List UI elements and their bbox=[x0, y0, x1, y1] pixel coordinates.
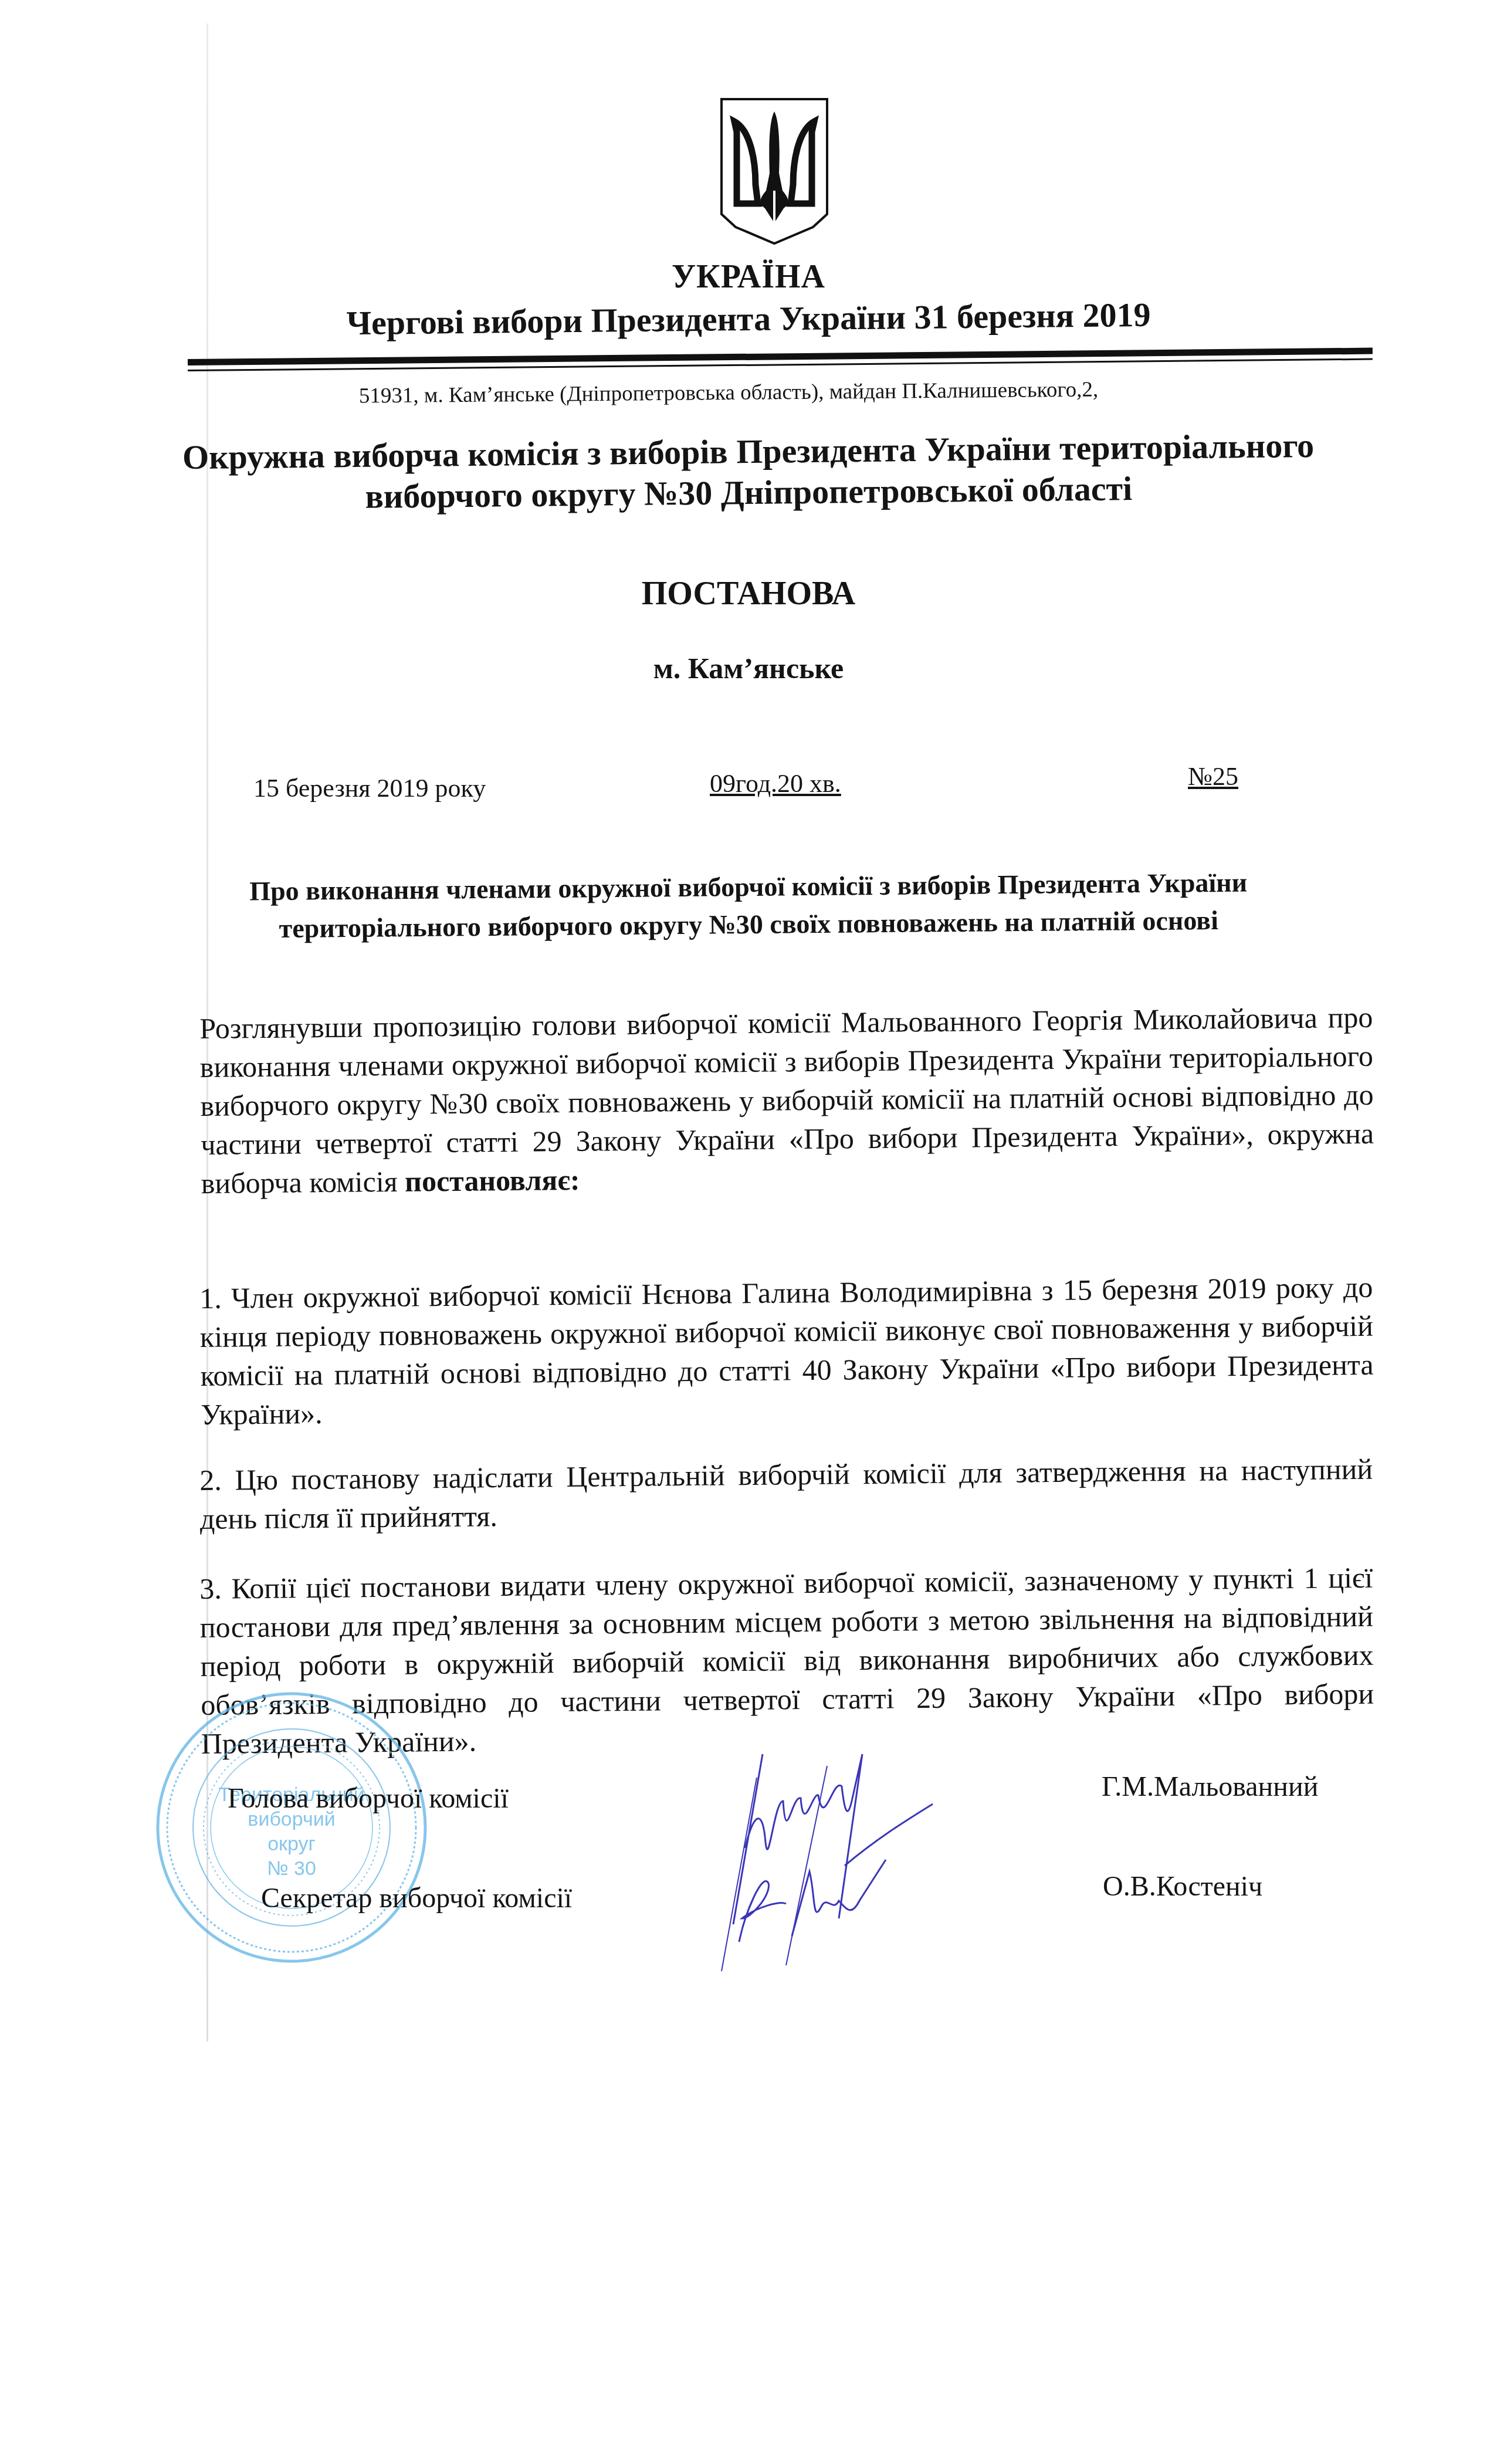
official-stamp-icon: Територіальний виборчий округ № 30 bbox=[154, 1690, 429, 1965]
svg-text:округ: округ bbox=[267, 1833, 316, 1855]
header-address: 51931, м. Кам’янське (Дніпропетровська о… bbox=[359, 377, 1098, 409]
document-time: 09год.20 хв. bbox=[710, 769, 841, 798]
coat-of-arms-icon bbox=[719, 97, 829, 246]
resolution-item-1: 1. Член окружної виборчої комісії Нєнова… bbox=[199, 1268, 1374, 1434]
document-date: 15 березня 2019 року bbox=[253, 773, 486, 803]
document-city: м. Кам’янське bbox=[0, 651, 1497, 685]
document-subject: Про виконання членами окружної виборчої … bbox=[0, 862, 1497, 950]
document-number: №25 bbox=[1188, 761, 1238, 791]
resolves-keyword: постановляє: bbox=[405, 1163, 580, 1198]
intro-text: Розглянувши пропозицію голови виборчої к… bbox=[199, 1001, 1374, 1200]
commission-title: Окружна виборча комісія з виборів Презид… bbox=[0, 424, 1497, 522]
header-country: УКРАЇНА bbox=[0, 258, 1497, 296]
header-election-title: Чергові вибори Президента України 31 бер… bbox=[0, 292, 1497, 347]
resolution-item-2: 2. Цю постанову надіслати Центральній ви… bbox=[199, 1450, 1373, 1538]
secretary-name: О.В.Костеніч bbox=[1103, 1870, 1262, 1903]
resolution-item-2-text: 2. Цю постанову надіслати Центральній ви… bbox=[199, 1450, 1373, 1538]
chair-name: Г.М.Мальованний bbox=[1102, 1771, 1318, 1803]
document-type: ПОСТАНОВА bbox=[0, 575, 1497, 612]
resolution-item-1-text: 1. Член окружної виборчої комісії Нєнова… bbox=[199, 1268, 1374, 1434]
svg-text:№ 30: № 30 bbox=[267, 1857, 316, 1880]
chair-label: Голова виборчої комісії bbox=[228, 1782, 509, 1815]
secretary-label: Секретар виборчої комісії bbox=[261, 1882, 572, 1914]
intro-paragraph: Розглянувши пропозицію голови виборчої к… bbox=[199, 998, 1374, 1203]
header-rule-thick bbox=[188, 348, 1373, 365]
secretary-signature-icon bbox=[727, 1848, 903, 1954]
